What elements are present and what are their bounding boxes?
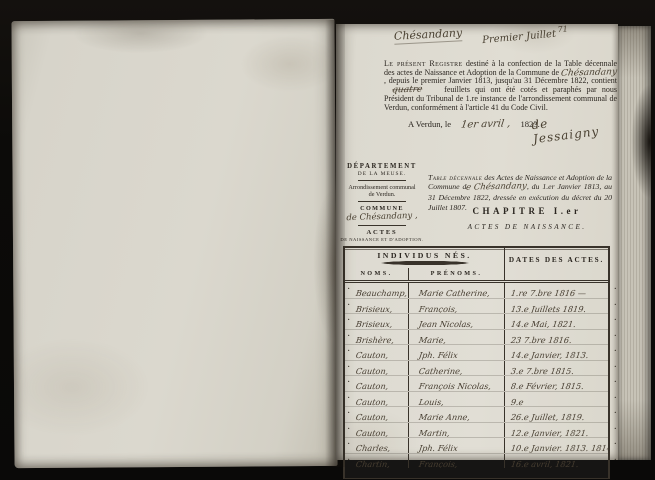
table-row: Cauton, Catherine, 3.e 7.bre 1815.	[345, 361, 608, 377]
cell-nom: Brishère,	[345, 330, 409, 345]
cell-date: 1.re 7.bre 1816 —	[505, 283, 608, 298]
margin-rule	[358, 225, 406, 226]
cell-prenoms: François,	[409, 299, 505, 314]
cell-date: 3.e 7.bre 1815.	[505, 361, 608, 376]
swelled-rule	[351, 261, 499, 265]
cell-prenoms: Catherine,	[409, 361, 505, 376]
cell-prenoms: Marie,	[409, 330, 505, 345]
cell-nom: Cauton,	[345, 361, 409, 376]
cell-date: 14.e Mai, 1821.	[505, 314, 608, 329]
col-header-dates-empty	[505, 268, 608, 280]
signature-handwriting: de Jessaigny	[531, 108, 620, 146]
table-row: Cauton, Martin, 12.e Janvier, 1821.	[345, 423, 608, 439]
table-body: Beauchamp, Marie Catherine, 1.re 7.bre 1…	[345, 283, 608, 468]
cell-nom: Beauchamp,	[345, 283, 409, 298]
cell-date: 14.e Janvier, 1813.	[505, 345, 608, 360]
cell-nom: Cauton,	[345, 376, 409, 391]
register-scan-photo: Chésandany Premier Juillet71 Le présent …	[0, 0, 655, 480]
col-header-noms: NOMS.	[345, 268, 409, 280]
table-column-headers: NOMS. PRÉNOMS.	[345, 268, 608, 283]
blank-left-page	[11, 19, 337, 468]
margin-verdun: de Verdun.	[340, 191, 424, 198]
margin-naissance-adoption: DE NAISSANCE ET D'ADOPTION.	[340, 237, 424, 242]
col-header-prenoms: PRÉNOMS.	[409, 268, 505, 280]
cell-prenoms: Louis,	[409, 392, 505, 407]
handwritten-folio-annotation: Premier Juillet71	[482, 24, 569, 46]
handwritten-commune-annotation: Chésandany	[394, 26, 463, 45]
cell-date: 23 7.bre 1816.	[505, 330, 608, 345]
individus-nes-label: INDIVIDUS NÉS.	[345, 251, 504, 260]
table-row: Brisieux, François, 13.e Juillets 1819.	[345, 299, 608, 315]
cell-date: 16.e avril, 1821.	[505, 454, 608, 469]
margin-rule	[358, 201, 406, 202]
table-row: Cauton, Louis, 9.e	[345, 392, 608, 408]
cell-nom: Charles,	[345, 438, 409, 453]
table-row: Brishère, Marie, 23 7.bre 1816.	[345, 330, 608, 346]
cell-date: 12.e Janvier, 1821.	[505, 423, 608, 438]
folio-number: 71	[557, 24, 568, 34]
dateline-prefix: A Verdun, le	[408, 119, 451, 129]
chapter-title: CHAPITRE I.er	[440, 206, 614, 216]
preamble-paragraph: Le présent Registre destiné à la confect…	[384, 60, 617, 112]
chapter-subtitle: ACTES DE NAISSANCE.	[440, 223, 614, 231]
cell-nom: Cauton,	[345, 423, 409, 438]
cell-prenoms: François Nicolas,	[409, 376, 505, 391]
cell-prenoms: Marie Catherine,	[409, 283, 505, 298]
cell-nom: Cauton,	[345, 407, 409, 422]
table-title-lead: Table décennale	[428, 173, 482, 182]
dateline: A Verdun, le1er avril ,1823.	[408, 119, 540, 130]
table-row: Cauton, Marie Anne, 26.e Juillet, 1819.	[345, 407, 608, 423]
cell-prenoms: Marie Anne,	[409, 407, 505, 422]
margin-arrondissement: Arrondissement communal	[340, 184, 424, 191]
margin-stamp-box: DÉPARTEMENT DE LA MEUSE. Arrondissement …	[340, 163, 424, 242]
handwritten-commune-margin: de Chésandany ,	[340, 211, 424, 224]
table-row: Chartin, François, 16.e avril, 1821.	[345, 454, 608, 469]
margin-meuse: DE LA MEUSE.	[340, 171, 424, 177]
table-row: Brisieux, Jean Nicolas, 14.e Mai, 1821.	[345, 314, 608, 330]
cell-prenoms: Jph. Félix	[409, 345, 505, 360]
cell-date: 8.e Février, 1815.	[505, 376, 608, 391]
cell-prenoms: Jph. Félix	[409, 438, 505, 453]
group-header-dates: DATES DES ACTES.	[505, 248, 608, 268]
margin-actes: ACTES	[340, 229, 424, 236]
handwritten-date: 1er avril ,	[460, 118, 511, 130]
handwritten-feuillet-count: quatre	[391, 86, 422, 95]
cell-nom: Brisieux,	[345, 314, 409, 329]
book-page-edges	[618, 26, 651, 460]
handwritten-commune-inline: Chésandany	[561, 68, 618, 78]
margin-rule	[358, 180, 406, 181]
cell-prenoms: Martin,	[409, 423, 505, 438]
table-row: Cauton, Jph. Félix 14.e Janvier, 1813.	[345, 345, 608, 361]
preamble-lead: Le présent Registre	[384, 59, 463, 68]
cell-prenoms: Jean Nicolas,	[409, 314, 505, 329]
cell-nom: Brisieux,	[345, 299, 409, 314]
table-row: Cauton, François Nicolas, 8.e Février, 1…	[345, 376, 608, 392]
cell-nom: Cauton,	[345, 392, 409, 407]
cell-date: 9.e	[505, 392, 608, 407]
table-group-header: INDIVIDUS NÉS. DATES DES ACTES.	[345, 248, 608, 268]
register-right-page: Chésandany Premier Juillet71 Le présent …	[336, 24, 618, 460]
cell-nom: Cauton,	[345, 345, 409, 360]
cell-date: 10.e Janvier. 1813. 1814.	[505, 438, 608, 453]
table-row: Beauchamp, Marie Catherine, 1.re 7.bre 1…	[345, 283, 608, 299]
folio-text: Premier Juillet	[482, 29, 557, 46]
cell-date: 13.e Juillets 1819.	[505, 299, 608, 314]
group-header-individus: INDIVIDUS NÉS.	[345, 248, 505, 268]
cell-nom: Chartin,	[345, 454, 409, 469]
chapter-heading: CHAPITRE I.er ACTES DE NAISSANCE.	[440, 206, 614, 231]
births-register-table: INDIVIDUS NÉS. DATES DES ACTES. NOMS. PR…	[343, 246, 610, 479]
table-row: Charles, Jph. Félix 10.e Janvier. 1813. …	[345, 438, 608, 454]
cell-prenoms: François,	[409, 454, 505, 469]
cell-date: 26.e Juillet, 1819.	[505, 407, 608, 422]
margin-departement: DÉPARTEMENT	[340, 163, 424, 170]
